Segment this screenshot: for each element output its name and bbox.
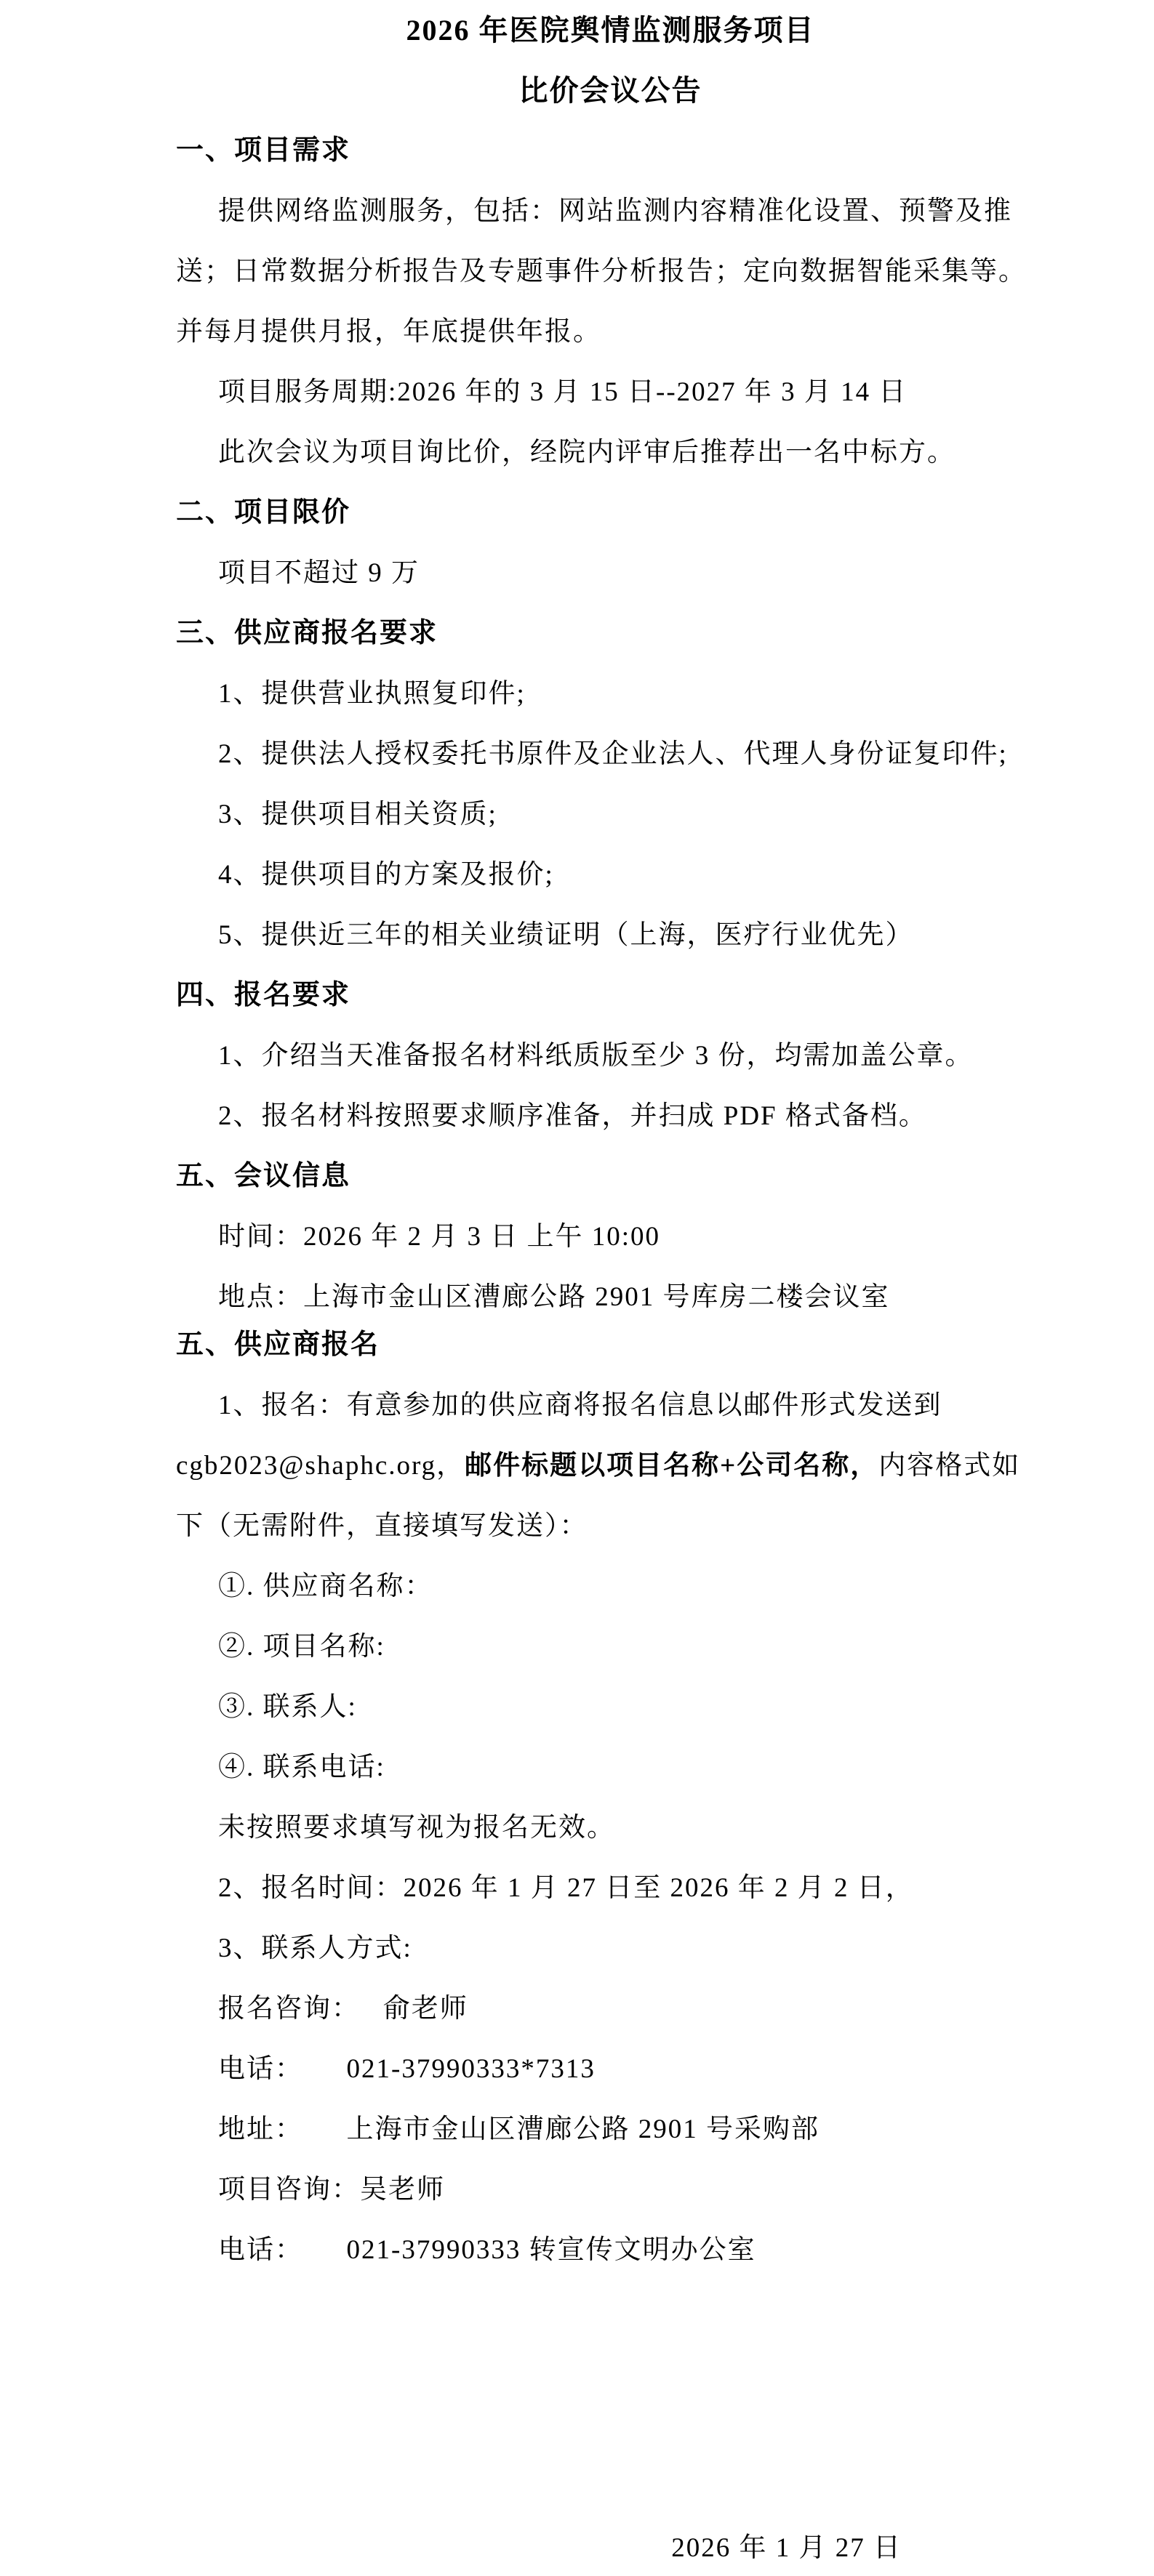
email-signup-line-3: 下（无需附件，直接填写发送）： — [176, 1496, 1045, 1556]
signup-consult-phone: 电话： 021-37990333*7313 — [176, 2039, 1045, 2099]
service-scope-line-2: 送；日常数据分析报告及专题事件分析报告；定向数据智能采集等。 — [176, 241, 1045, 302]
section-5-heading: 五、会议信息 — [176, 1146, 1045, 1207]
email-format-intro-text: 内容格式如 — [878, 1451, 1020, 1481]
project-consult-phone: 电话： 021-37990333 转宣传文明办公室 — [176, 2220, 1045, 2280]
page-background: { "page": { "background_color": "#ffffff… — [0, 0, 1154, 2576]
doc-subtitle: 比价会议公告 — [176, 60, 1045, 121]
form-field-supplier-name: ①. 供应商名称： — [176, 1556, 1045, 1617]
footer-date: 2026 年 1 月 27 日 — [176, 2518, 1045, 2576]
section-3-heading: 三、供应商报名要求 — [176, 603, 1045, 664]
signup-period-line: 2、报名时间：2026 年 1 月 27 日至 2026 年 2 月 2 日， — [176, 1858, 1045, 1918]
email-address-text: cgb2023@shaphc.org， — [176, 1451, 465, 1481]
email-signup-line-2: cgb2023@shaphc.org，邮件标题以项目名称+公司名称，内容格式如 — [176, 1436, 1045, 1496]
supplier-requirement-4: 4、提供项目的方案及报价; — [176, 845, 1045, 905]
supplier-requirement-3: 3、提供项目相关资质; — [176, 784, 1045, 845]
email-subject-rule-bold-text: 邮件标题以项目名称+公司名称， — [465, 1451, 878, 1481]
invalid-signup-note: 未按照要求填写视为报名无效。 — [176, 1798, 1045, 1858]
signup-consult-contact: 报名咨询： 俞老师 — [176, 1979, 1045, 2039]
review-note-line: 此次会议为项目询比价，经院内评审后推荐出一名中标方。 — [176, 422, 1045, 483]
form-field-contact-person: ③. 联系人: — [176, 1677, 1045, 1737]
form-field-contact-phone: ④. 联系电话: — [176, 1737, 1045, 1798]
section-2-heading: 二、项目限价 — [176, 483, 1045, 543]
purchasing-address-line: 地址： 上海市金山区漕廊公路 2901 号采购部 — [176, 2099, 1045, 2160]
service-period-line: 项目服务周期:2026 年的 3 月 15 日--2027 年 3 月 14 日 — [176, 362, 1045, 422]
signup-requirement-1: 1、介绍当天准备报名材料纸质版至少 3 份，均需加盖公章。 — [176, 1026, 1045, 1086]
service-scope-line-3: 并每月提供月报，年底提供年报。 — [176, 302, 1045, 362]
project-consult-contact: 项目咨询：吴老师 — [176, 2160, 1045, 2220]
doc-title: 2026 年医院舆情监测服务项目 — [176, 0, 1045, 60]
contact-method-line: 3、联系人方式: — [176, 1918, 1045, 1979]
supplier-requirement-2: 2、提供法人授权委托书原件及企业法人、代理人身份证复印件; — [176, 724, 1045, 784]
section-4-heading: 四、报名要求 — [176, 965, 1045, 1026]
form-field-project-name: ②. 项目名称: — [176, 1617, 1045, 1677]
section-1-heading: 一、项目需求 — [176, 121, 1045, 181]
supplier-requirement-1: 1、提供营业执照复印件; — [176, 664, 1045, 724]
meeting-time-line: 时间：2026 年 2 月 3 日 上午 10:00 — [176, 1207, 1045, 1267]
price-cap-line: 项目不超过 9 万 — [176, 543, 1045, 603]
signup-requirement-2: 2、报名材料按照要求顺序准备，并扫成 PDF 格式备档。 — [176, 1086, 1045, 1146]
service-scope-line-1: 提供网络监测服务，包括：网站监测内容精准化设置、预警及推 — [176, 181, 1045, 241]
supplier-requirement-5: 5、提供近三年的相关业绩证明（上海，医疗行业优先） — [176, 905, 1045, 965]
email-signup-line-1: 1、报名：有意参加的供应商将报名信息以邮件形式发送到 — [176, 1375, 1045, 1436]
document-page: 2026 年医院舆情监测服务项目 比价会议公告 一、项目需求 提供网络监测服务，… — [0, 0, 1154, 2576]
